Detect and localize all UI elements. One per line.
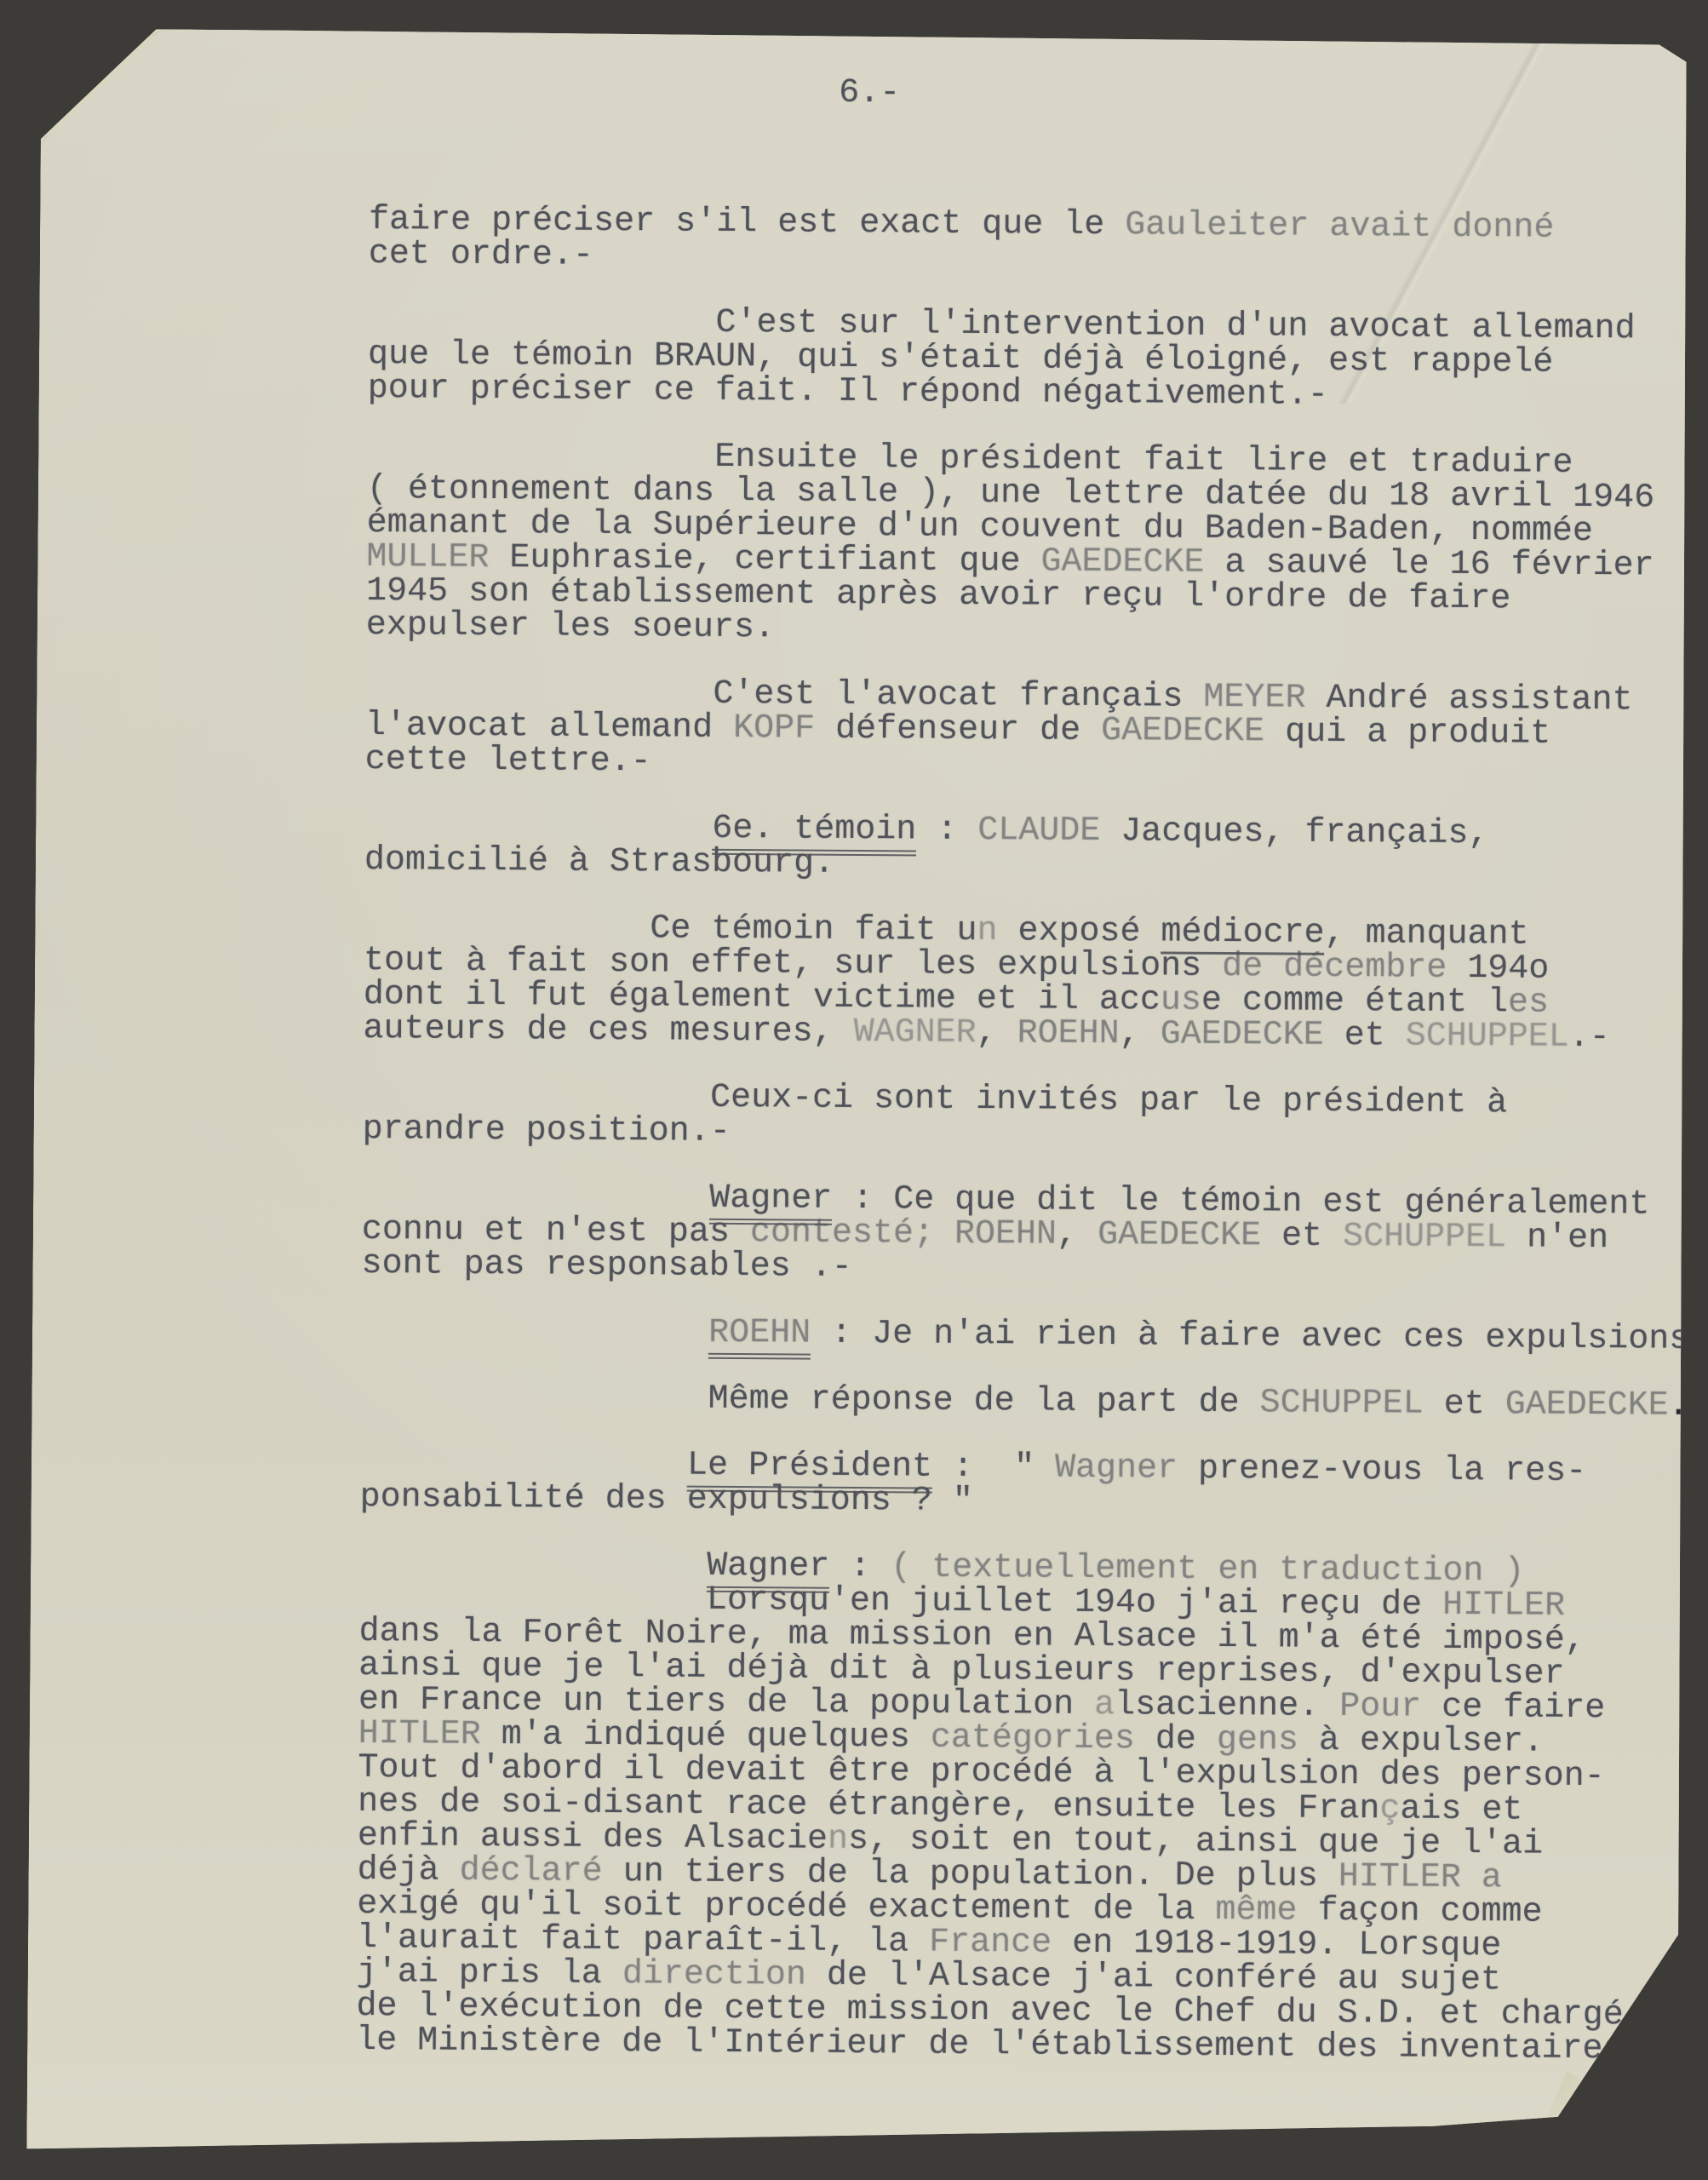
text-segment: [361, 1311, 708, 1352]
folded-corner-bottom-right: [1534, 2066, 1637, 2135]
text-segment: CLAUDE: [977, 812, 1100, 851]
text-segment: ais et: [1400, 1790, 1522, 1829]
text-segment: de: [1135, 1720, 1217, 1759]
text-segment: ROEHN: [1017, 1014, 1119, 1053]
paragraph: Ensuite le président fait lire et tradui…: [366, 439, 1708, 652]
text-segment: Wagner: [1055, 1449, 1178, 1489]
paragraph: Wagner : ( textuellement en traduction )…: [356, 1547, 1705, 2068]
paragraph: Même réponse de la part de SCHUPPEL et G…: [360, 1380, 1705, 1424]
text-segment: 194o: [1447, 949, 1549, 989]
page-number: 6.-: [839, 77, 1708, 117]
text-segment: a: [1094, 1686, 1115, 1724]
text-segment: France: [929, 1924, 1052, 1963]
text-segment: es: [1508, 984, 1549, 1022]
text-segment: GAEDECKE: [1505, 1385, 1669, 1425]
text-segment: HITLER: [1442, 1586, 1565, 1626]
text-segment: GAEDECKE: [1098, 1216, 1261, 1255]
text-line: le Ministère de l'Intérieur de l'établis…: [356, 2024, 1701, 2068]
scan-background: 6.- faire préciser s'il est exact que le…: [0, 0, 1708, 2180]
text-segment: .: [1623, 2030, 1643, 2068]
text-segment: .-: [1569, 1018, 1610, 1057]
text-segment: ponsabilité des expulsions ? ": [360, 1478, 973, 1521]
text-segment: [934, 1215, 954, 1253]
text-segment: MULLER: [366, 538, 489, 577]
text-segment: GAEDECKE: [1161, 1015, 1324, 1054]
text-segment: .: [1669, 1387, 1689, 1426]
text-segment: SCHUPPEL: [1260, 1384, 1424, 1423]
text-segment: n: [828, 1821, 848, 1859]
text-segment: déjà: [357, 1851, 459, 1890]
text-line: Même réponse de la part de SCHUPPEL et G…: [360, 1380, 1705, 1424]
text-segment: auteurs de ces mesures,: [363, 1010, 853, 1052]
text-segment: : Je n'ai rien à faire avec ces expulsio…: [811, 1315, 1689, 1359]
text-segment: :: [916, 811, 977, 850]
paragraph: faire préciser s'il est exact que le Gau…: [369, 204, 1708, 281]
text-line: ROEHN : Je n'ai rien à faire avec ces ex…: [361, 1314, 1706, 1357]
paragraph: ROEHN : Je n'ai rien à faire avec ces ex…: [361, 1314, 1706, 1357]
text-segment: Pour: [1339, 1688, 1421, 1727]
document-page: 6.- faire préciser s'il est exact que le…: [26, 28, 1693, 2161]
text-segment: pour préciser ce fait. Il répond négativ…: [368, 370, 1328, 415]
text-segment: ,: [1120, 1015, 1161, 1053]
text-segment: cet ordre.-: [369, 235, 593, 275]
text-segment: Jacques, français,: [1100, 812, 1488, 853]
text-segment: prenez-vous la res-: [1178, 1450, 1586, 1491]
text-segment: ,: [1057, 1216, 1098, 1254]
paragraph: C'est sur l'intervention d'un avocat all…: [368, 304, 1708, 416]
text-segment: qui a produit: [1264, 713, 1550, 753]
text-segment: HITLER: [358, 1715, 481, 1754]
typewritten-text: faire préciser s'il est exact que le Gau…: [356, 204, 1708, 2068]
text-segment: KOPF: [733, 709, 815, 749]
text-segment: n: [977, 912, 997, 950]
text-segment: domicilié à Strasbourg.: [364, 841, 834, 883]
text-segment: et: [1261, 1217, 1343, 1256]
text-line: auteurs de ces mesures, WAGNER, ROEHN, G…: [363, 1013, 1708, 1056]
paragraph: Ceux-ci sont invités par le président àp…: [363, 1079, 1708, 1156]
paragraph: Wagner : Ce que dit le témoin est généra…: [361, 1179, 1707, 1291]
text-segment: ç: [1379, 1790, 1400, 1828]
text-segment: ,: [976, 1014, 1017, 1053]
paragraph: Ce témoin fait un exposé médiocre, manqu…: [363, 910, 1708, 1056]
text-segment: MEYER: [1203, 679, 1305, 718]
text-segment: le Ministère de l'Intérieur de l'établis…: [356, 2022, 1624, 2068]
text-segment: sont pas responsables .-: [361, 1245, 851, 1287]
text-segment: : ": [932, 1449, 1055, 1488]
text-segment: gens: [1217, 1721, 1298, 1760]
text-segment: même: [1215, 1891, 1297, 1930]
text-segment: WAGNER: [853, 1013, 976, 1053]
text-segment: Même réponse de la part de: [360, 1378, 1259, 1422]
text-segment: défenseur de: [815, 710, 1101, 750]
text-segment: n'en: [1506, 1219, 1608, 1258]
text-segment: cette lettre.-: [365, 741, 651, 781]
text-segment: et: [1324, 1017, 1406, 1056]
paragraph: C'est l'avocat français MEYER André assi…: [365, 675, 1708, 787]
text-segment: Gauleiter avait donné: [1125, 206, 1554, 248]
text-segment: prandre position.-: [363, 1110, 731, 1151]
text-segment: et: [1424, 1385, 1505, 1425]
text-segment: us: [1161, 981, 1201, 1019]
paragraph: Le Président : " Wagner prenez-vous la r…: [360, 1447, 1706, 1524]
text-segment: SCHUPPEL: [1406, 1017, 1569, 1056]
paragraph: 6e. témoin : CLAUDE Jacques, français,do…: [364, 810, 1708, 887]
typewritten-content: 6.- faire préciser s'il est exact que le…: [356, 73, 1708, 2068]
folded-corner-top-left: [41, 28, 186, 174]
text-segment: :: [829, 1548, 891, 1587]
text-segment: GAEDECKE: [1101, 712, 1264, 751]
text-segment: ROEHN: [954, 1215, 1057, 1254]
text-segment: SCHUPPEL: [1343, 1218, 1506, 1257]
text-segment: ROEHN: [708, 1314, 811, 1360]
text-segment: expulser les soeurs.: [366, 606, 775, 647]
